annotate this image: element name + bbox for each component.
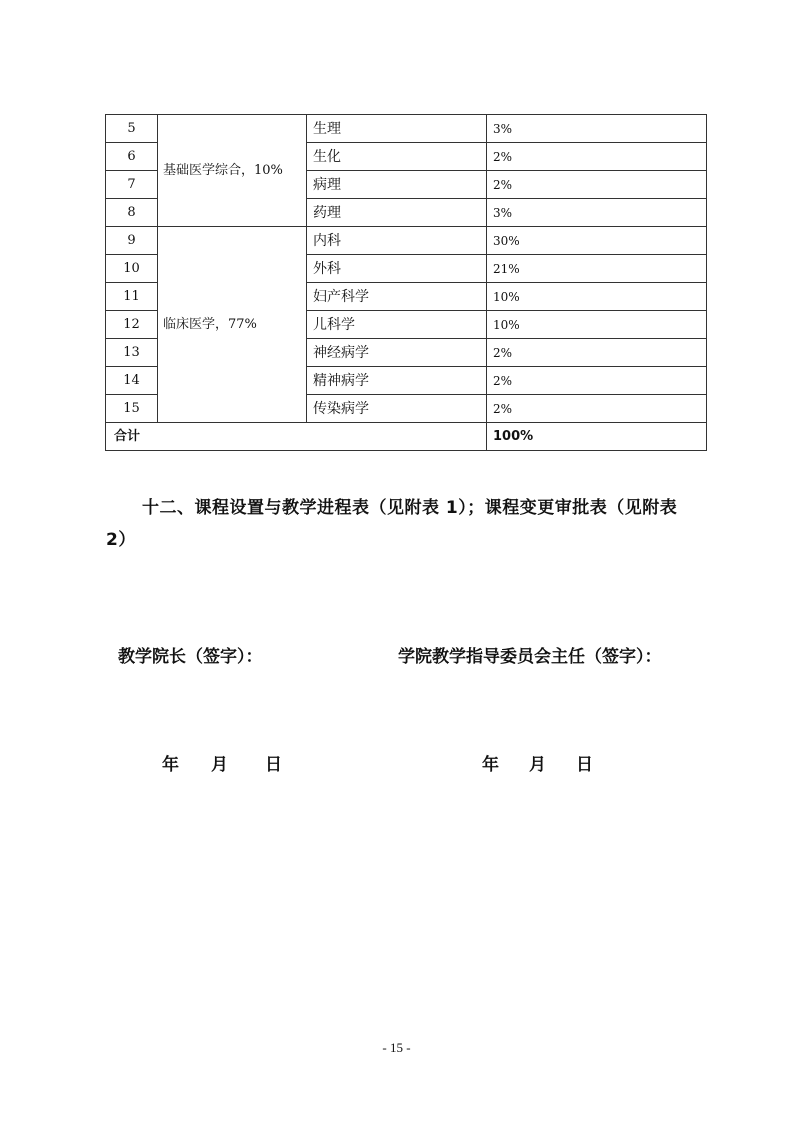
row-number: 6 <box>106 143 158 171</box>
subject-cell: 生化 <box>307 143 487 171</box>
subject-cell: 病理 <box>307 171 487 199</box>
percent-cell: 2% <box>487 171 707 199</box>
table-row: 5 基础医学综合，10% 生理 3% <box>106 115 707 143</box>
subject-cell: 妇产科学 <box>307 283 487 311</box>
row-number: 8 <box>106 199 158 227</box>
right-date-line: 年 月 日 <box>0 750 793 774</box>
total-percent: 100% <box>487 423 707 451</box>
percent-cell: 21% <box>487 255 707 283</box>
subject-cell: 内科 <box>307 227 487 255</box>
exam-weight-table: 5 基础医学综合，10% 生理 3% 6 生化 2% 7 病理 2% 8 药理 … <box>105 114 707 451</box>
subject-cell: 传染病学 <box>307 395 487 423</box>
subject-cell: 儿科学 <box>307 311 487 339</box>
committee-director-signature-label: 学院教学指导委员会主任（签字）： <box>398 642 662 667</box>
subject-cell: 药理 <box>307 199 487 227</box>
row-number: 12 <box>106 311 158 339</box>
category-cell: 临床医学，77% <box>158 227 307 423</box>
right-day: 日 <box>576 750 593 775</box>
row-number: 13 <box>106 339 158 367</box>
dean-signature-label: 教学院长（签字）： <box>118 642 263 667</box>
category-cell: 基础医学综合，10% <box>158 115 307 227</box>
percent-cell: 10% <box>487 283 707 311</box>
subject-cell: 精神病学 <box>307 367 487 395</box>
subject-cell: 生理 <box>307 115 487 143</box>
row-number: 5 <box>106 115 158 143</box>
subject-cell: 外科 <box>307 255 487 283</box>
total-row: 合计 100% <box>106 423 707 451</box>
total-label: 合计 <box>106 423 487 451</box>
percent-cell: 2% <box>487 367 707 395</box>
row-number: 9 <box>106 227 158 255</box>
row-number: 7 <box>106 171 158 199</box>
row-number: 14 <box>106 367 158 395</box>
percent-cell: 30% <box>487 227 707 255</box>
percent-cell: 10% <box>487 311 707 339</box>
percent-cell: 3% <box>487 199 707 227</box>
right-year: 年 <box>482 750 499 775</box>
section-twelve-paragraph: 十二、课程设置与教学进程表（见附表 1）；课程变更审批表（见附表 2） <box>106 492 696 556</box>
percent-cell: 2% <box>487 395 707 423</box>
subject-cell: 神经病学 <box>307 339 487 367</box>
percent-cell: 2% <box>487 143 707 171</box>
table-row: 9 临床医学，77% 内科 30% <box>106 227 707 255</box>
row-number: 10 <box>106 255 158 283</box>
page-number: - 15 - <box>0 1040 793 1056</box>
row-number: 15 <box>106 395 158 423</box>
percent-cell: 3% <box>487 115 707 143</box>
percent-cell: 2% <box>487 339 707 367</box>
right-month: 月 <box>529 750 546 775</box>
row-number: 11 <box>106 283 158 311</box>
